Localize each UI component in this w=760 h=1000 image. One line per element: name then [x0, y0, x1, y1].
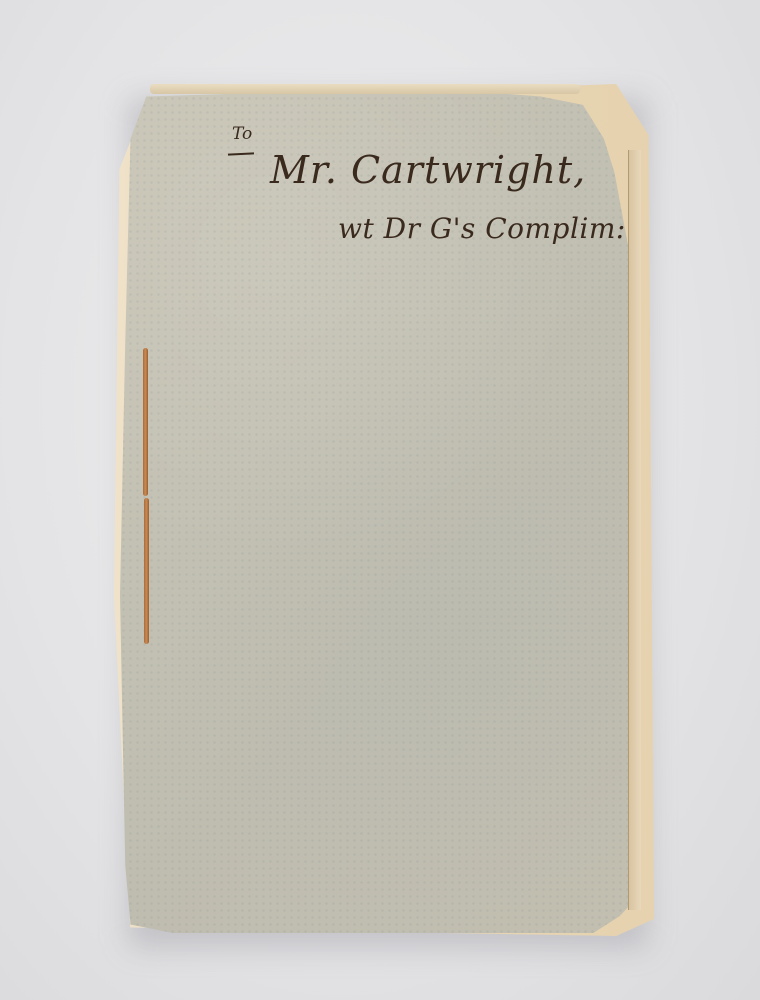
worn-right-edge	[628, 150, 641, 910]
worn-top-edge	[150, 84, 580, 94]
photo-scene: To Mr. Cartwright, wt Dr G's Complim:	[0, 0, 760, 1000]
inscription-to: To	[232, 124, 252, 144]
inscription-recipient: Mr. Cartwright,	[270, 148, 586, 192]
binding-stitch-lower	[144, 498, 149, 644]
binding-stitch-upper	[143, 348, 148, 496]
inscription-compliments: wt Dr G's Complim:	[338, 212, 626, 245]
